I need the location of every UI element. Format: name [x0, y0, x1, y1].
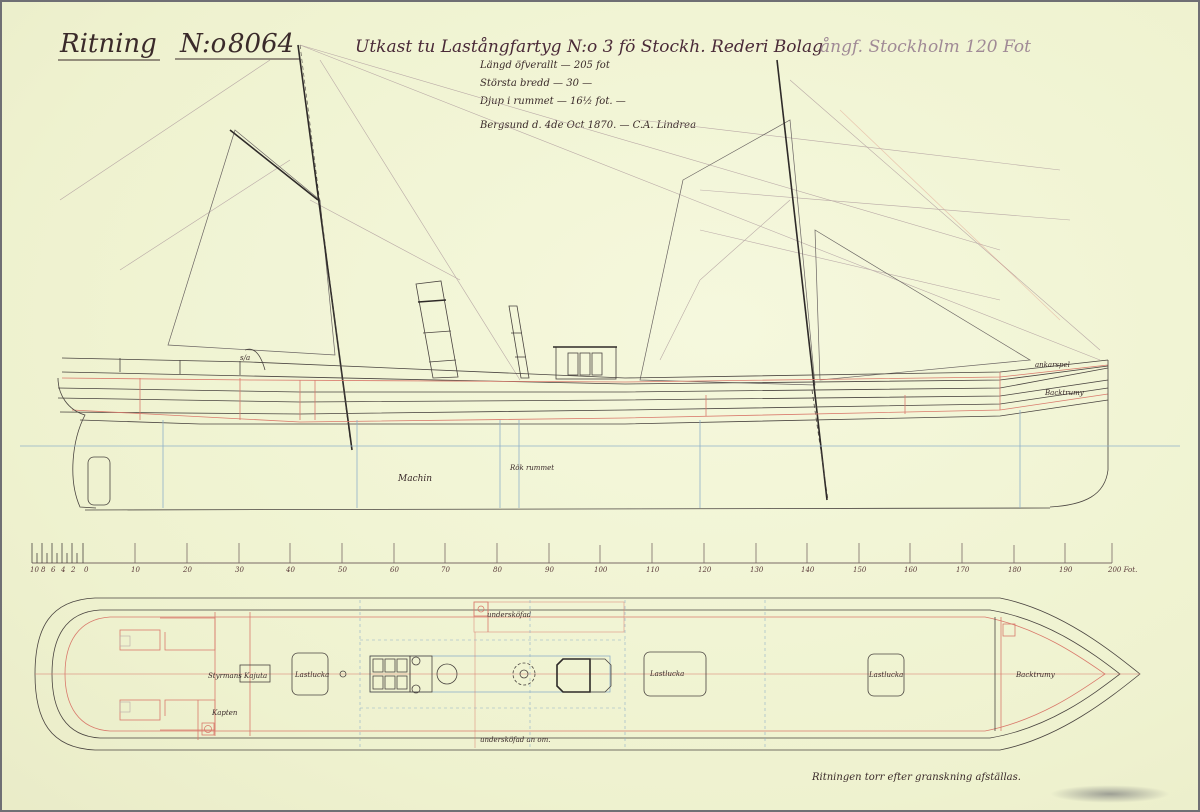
scale-tick: 60: [390, 566, 399, 574]
svg-text:s/a: s/a: [240, 354, 250, 362]
upper-side-label: undersköfad: [487, 611, 532, 619]
scale-tick: 40: [285, 566, 295, 574]
scale-tick: 160: [904, 566, 918, 574]
scale-tick: 110: [646, 566, 660, 574]
lower-side-label: undersköfad an om.: [480, 736, 551, 744]
footer-note: Ritningen torr efter granskning afställa…: [811, 772, 1021, 783]
scale-sub-tick: 4: [60, 566, 65, 574]
drawing-number-label: N:o: [179, 29, 226, 59]
drawing-subject: Utkast tu Lastångfartyg N:o 3 fö Stockh.…: [355, 37, 823, 57]
windlass-label: ankarspel: [1035, 361, 1070, 369]
scale-tick: 0: [84, 566, 89, 574]
jib-sail: [815, 230, 1030, 380]
ship-drawing: Ritning N:o 8064 Utkast tu Lastångfartyg…: [0, 0, 1200, 812]
stern-outline: [58, 378, 96, 508]
scale-tick: 120: [698, 566, 712, 574]
scale-bar: 10 8 6 4 2 0 10 20 30 40 50 60 70 80 90 …: [30, 543, 1137, 574]
scale-tick: 30: [235, 566, 244, 574]
bow-outline: [1050, 360, 1108, 507]
scale-tick: 130: [750, 566, 764, 574]
bow-profile-label: Backtrumy: [1044, 389, 1085, 397]
drawing-title-prefix: Ritning: [59, 29, 157, 59]
boiler-room-label: Rök rummet: [509, 464, 554, 472]
scale-sub-tick: 2: [70, 566, 76, 574]
profile-view: s/a Machin Rök rummet ankarspel Backtrum…: [20, 45, 1180, 510]
cargo-hatch-mid-label: Lastlucka: [649, 670, 684, 678]
rudder: [88, 457, 110, 505]
funnel-main: [416, 281, 458, 378]
scale-tick: 100: [594, 566, 608, 574]
scale-end-label: 200 Fot.: [1107, 566, 1137, 574]
keel: [85, 508, 1050, 510]
captain-cabin-label: Kapten: [211, 709, 238, 717]
spec-beam: Största bredd — 30 —: [480, 78, 592, 89]
engine-casing: [370, 656, 611, 693]
scale-tick: 80: [493, 566, 502, 574]
scale-tick: 10: [131, 566, 140, 574]
scale-tick: 150: [853, 566, 867, 574]
deckhouse: [553, 347, 617, 379]
scale-sub-tick: 6: [51, 566, 56, 574]
scale-tick: 50: [338, 566, 347, 574]
pencil-note: ångf. Stockholm 120 Fot: [820, 37, 1031, 57]
spec-depth: Djup i rummet — 16½ fot. —: [479, 96, 626, 107]
scale-tick: 190: [1059, 566, 1073, 574]
scale-tick: 140: [801, 566, 815, 574]
bow-plan-label: Backtrumy: [1015, 671, 1056, 679]
scale-tick: 170: [956, 566, 970, 574]
scale-tick: 90: [545, 566, 554, 574]
drawing-header: Ritning N:o 8064 Utkast tu Lastångfartyg…: [58, 29, 1031, 131]
steering-cabin-label: Styrmans Kajuta: [208, 672, 267, 680]
cargo-hatch-fore-label: Lastlucka: [868, 671, 903, 679]
drawing-number: 8064: [228, 29, 294, 59]
scale-sub-tick: 10: [30, 566, 39, 574]
engine-room-label: Machin: [397, 474, 432, 484]
scale-tick: 70: [441, 566, 450, 574]
ink-stamp-smudge: [1050, 785, 1170, 803]
aft-gaff-sail: [168, 130, 335, 355]
cargo-hatch-aft-label: Lastlucka: [294, 671, 329, 679]
plan-view: Styrmans Kajuta Kapten Lastlucka Lastluc…: [35, 598, 1140, 750]
scale-tick: 20: [182, 566, 192, 574]
spec-length: Längd öfverallt — 205 fot: [479, 60, 611, 71]
scale-tick: 180: [1008, 566, 1022, 574]
scale-sub-tick: 8: [41, 566, 46, 574]
